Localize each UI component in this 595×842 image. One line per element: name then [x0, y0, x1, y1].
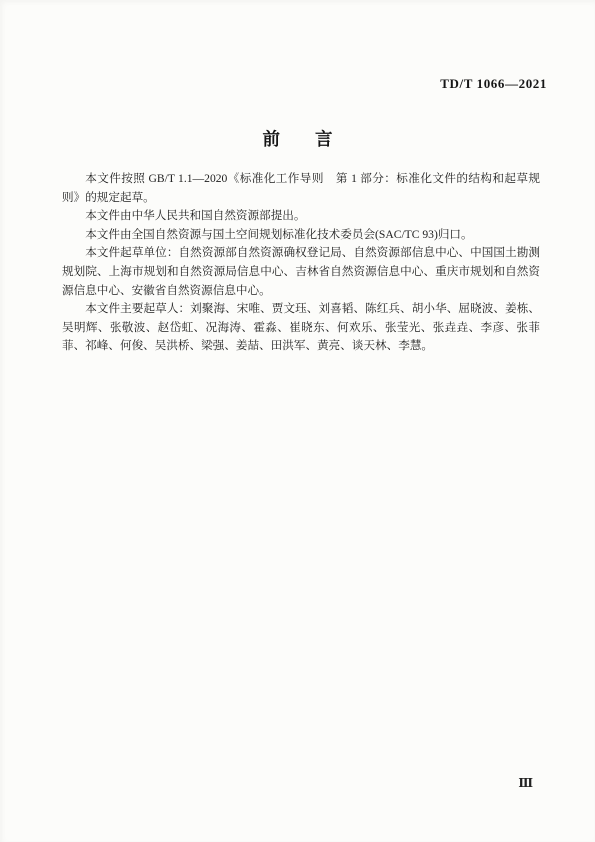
page-title: 前 言 [0, 126, 595, 151]
foreword-paragraph: 本文件起草单位：自然资源部自然资源确权登记局、自然资源部信息中心、中国国土勘测规… [62, 244, 540, 300]
document-page: TD/T 1066—2021 前 言 本文件按照 GB/T 1.1—2020《标… [0, 0, 595, 842]
foreword-paragraph: 本文件由全国自然资源与国土空间规划标准化技术委员会(SAC/TC 93)归口。 [62, 226, 540, 245]
foreword-paragraph: 本文件主要起草人：刘聚海、宋唯、贾文珏、刘喜韬、陈红兵、胡小华、屈晓波、姜栋、吴… [62, 300, 540, 356]
foreword-body: 本文件按照 GB/T 1.1—2020《标准化工作导则 第 1 部分：标准化文件… [62, 170, 540, 356]
foreword-paragraph: 本文件由中华人民共和国自然资源部提出。 [62, 207, 540, 226]
foreword-paragraph: 本文件按照 GB/T 1.1—2020《标准化工作导则 第 1 部分：标准化文件… [62, 170, 540, 207]
standard-code: TD/T 1066—2021 [440, 76, 547, 92]
page-number: Ⅲ [518, 776, 533, 791]
